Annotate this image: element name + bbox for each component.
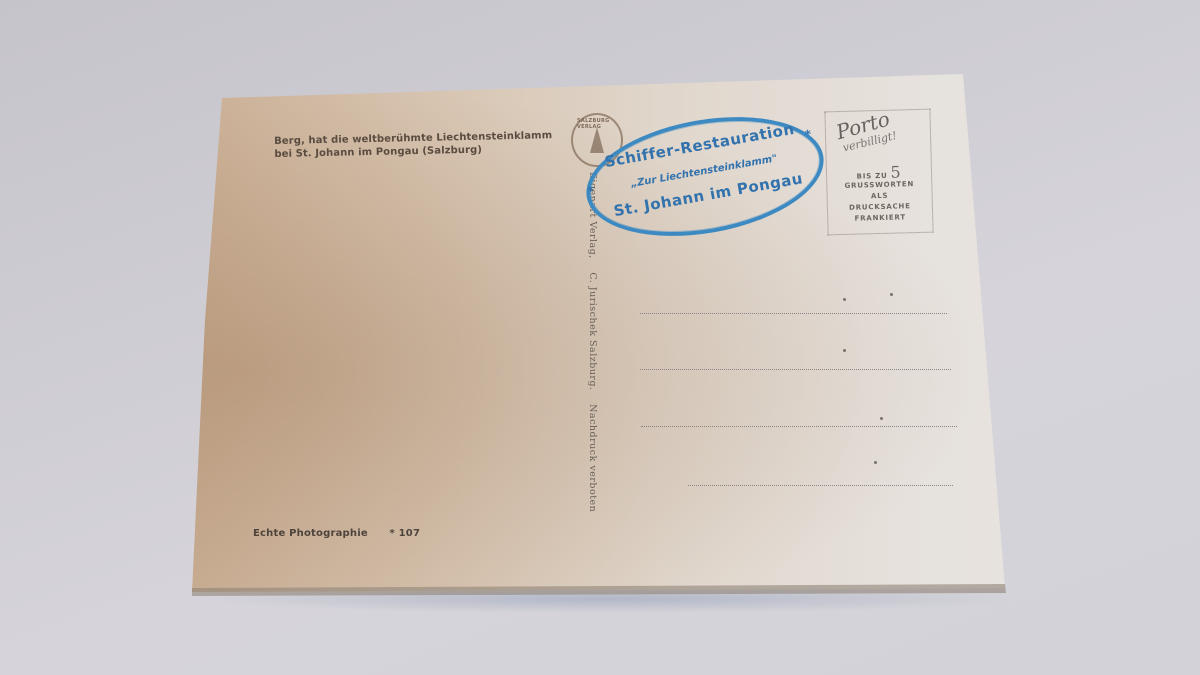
photo-label-text: Echte Photographie [253, 528, 368, 539]
photo-number: * 107 [390, 528, 421, 539]
postage-line-4: DRUCKSACHE [828, 202, 932, 213]
publisher-part-2: C. Jurischek Salzburg. [587, 272, 598, 390]
postage-line-2: GRUSSWORTEN [827, 180, 931, 191]
postage-bis-zu: BIS ZU [857, 172, 888, 181]
paper-speck [843, 349, 846, 352]
paper-speck [843, 298, 846, 301]
postage-box: Porto verbilligt! BIS ZU5 GRUSSWORTEN AL… [824, 109, 933, 236]
paper-speck [890, 293, 893, 296]
address-line [641, 426, 957, 427]
paper-speck [880, 417, 883, 420]
postcard-back [0, 0, 1200, 675]
postage-line-3: ALS [828, 191, 932, 202]
publisher-imprint-vertical: Eigenart Verlag, C. Jurischek Salzburg. … [587, 172, 598, 562]
photo-label: Echte Photographie * 107 [253, 528, 420, 539]
address-line [640, 369, 951, 370]
publisher-part-3: Nachdruck verboten [587, 404, 598, 512]
postage-number: 5 [890, 162, 901, 181]
address-line [688, 485, 953, 486]
postage-line-5: FRANKIERT [828, 213, 932, 224]
church-seal-icon [590, 127, 604, 153]
address-line [640, 313, 947, 314]
paper-speck [874, 461, 877, 464]
